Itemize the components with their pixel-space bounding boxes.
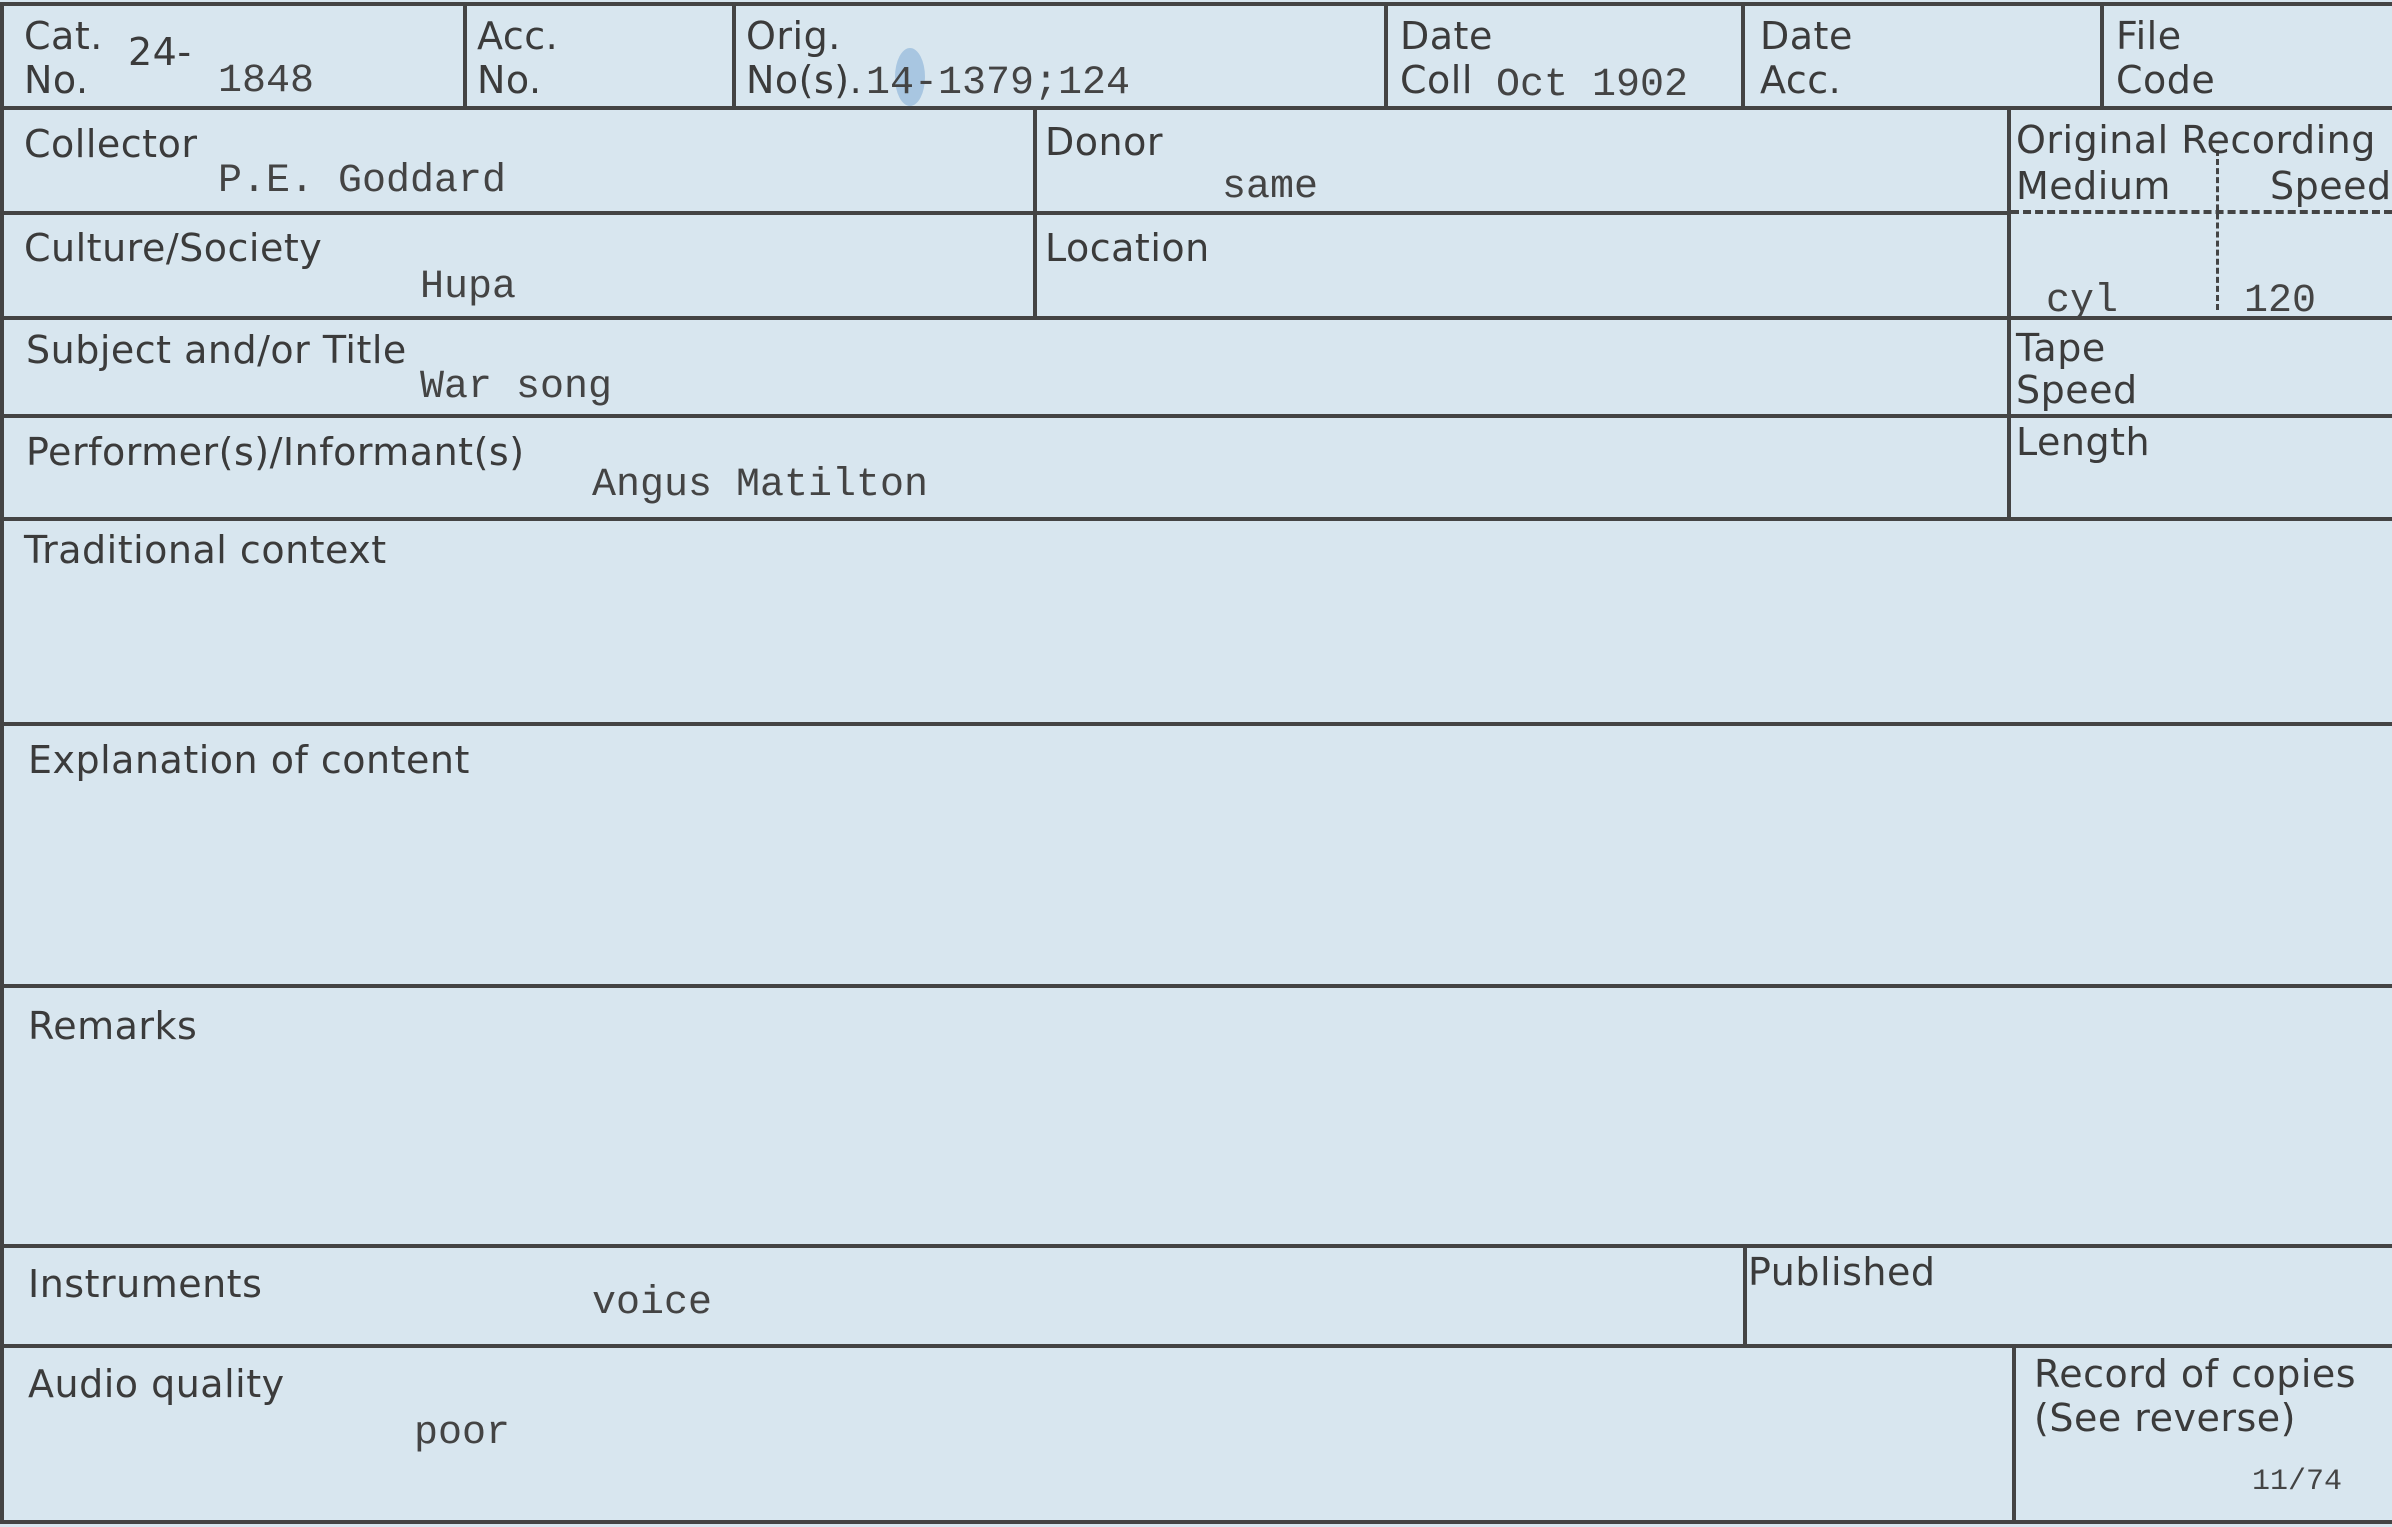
remarks-label: Remarks (28, 1004, 197, 1048)
rule-header-bottom (0, 106, 2392, 110)
donor-label: Donor (1045, 120, 1163, 164)
cat-no-value[interactable]: 1848 (218, 60, 314, 104)
form-revision-date: 11/74 (2252, 1460, 2342, 1504)
speed-value[interactable]: 120 (2244, 280, 2316, 324)
donor-value[interactable]: same (1222, 166, 1318, 210)
subject-label: Subject and/or Title (26, 328, 407, 372)
record-of-copies-label-2: (See reverse) (2034, 1396, 2296, 1440)
rule-explanation-bottom (0, 984, 2392, 988)
orig-nos-label-1: Orig. (746, 14, 841, 58)
dash-recording-divider (2011, 210, 2392, 214)
rule-culture-bottom (0, 316, 2392, 320)
original-recording-label: Original Recording (2016, 118, 2376, 162)
dash-medium-speed (2216, 150, 2219, 310)
cat-no-label-1: Cat. (24, 14, 103, 58)
audio-quality-value[interactable]: poor (414, 1412, 510, 1456)
acc-no-label-2: No. (477, 58, 542, 102)
rule-traditional-bottom (0, 722, 2392, 726)
instruments-label: Instruments (28, 1262, 262, 1306)
rule-left-edge (0, 2, 4, 1522)
record-of-copies-label-1: Record of copies (2034, 1352, 2356, 1396)
catalog-card: Cat. No. 24- 1848 Acc. No. Orig. No(s). … (0, 0, 2392, 1527)
date-acc-label-2: Acc. (1760, 58, 1841, 102)
cat-no-label-2: No. (24, 58, 89, 102)
rule-right-panel (2007, 106, 2011, 519)
tape-speed-label-2: Speed (2016, 368, 2138, 412)
rule-acc-orig (732, 2, 736, 108)
date-coll-label-2: Coll (1400, 58, 1473, 102)
orig-nos-label-2: No(s). (746, 58, 862, 102)
date-coll-value[interactable]: Oct 1902 (1496, 64, 1688, 108)
rule-orig-datecoll (1384, 2, 1388, 108)
explanation-label: Explanation of content (28, 738, 470, 782)
date-coll-label-1: Date (1400, 14, 1493, 58)
rule-audio-copies (2012, 1344, 2016, 1522)
rule-collector-donor (1033, 106, 1037, 318)
rule-dateacc-filecode (2100, 2, 2104, 108)
collector-value[interactable]: P.E. Goddard (218, 160, 506, 204)
subject-value[interactable]: War song (420, 366, 612, 410)
location-label: Location (1045, 226, 1210, 270)
traditional-context-label: Traditional context (24, 528, 387, 572)
tape-speed-label-1: Tape (2016, 326, 2106, 370)
date-acc-label-1: Date (1760, 14, 1853, 58)
acc-no-label-1: Acc. (477, 14, 558, 58)
performer-value[interactable]: Angus Matilton (592, 464, 928, 508)
published-label: Published (1748, 1250, 1935, 1294)
collector-label: Collector (24, 122, 197, 166)
file-code-label-2: Code (2116, 58, 2215, 102)
rule-collector-bottom (0, 211, 2008, 215)
rule-subject-bottom (0, 414, 2392, 418)
file-code-label-1: File (2116, 14, 2182, 58)
rule-instruments-bottom (0, 1344, 2392, 1348)
culture-value[interactable]: Hupa (420, 266, 516, 310)
rule-performer-bottom (0, 517, 2392, 521)
medium-label: Medium (2016, 164, 2171, 208)
instruments-value[interactable]: voice (592, 1282, 712, 1326)
medium-value[interactable]: cyl (2046, 280, 2118, 324)
cat-no-prefix: 24- (128, 30, 192, 74)
rule-top (0, 2, 2392, 6)
performer-label: Performer(s)/Informant(s) (26, 430, 525, 474)
rule-datecoll-dateacc (1741, 2, 1745, 108)
orig-nos-value[interactable]: 14-1379;124 (866, 62, 1130, 106)
audio-quality-label: Audio quality (28, 1362, 285, 1406)
length-label: Length (2016, 420, 2150, 464)
rule-cat-acc (463, 2, 467, 108)
rule-bottom (0, 1520, 2392, 1524)
rule-remarks-bottom (0, 1244, 2392, 1248)
culture-label: Culture/Society (24, 226, 322, 270)
rule-instruments-published (1743, 1244, 1747, 1346)
speed-label: Speed (2270, 164, 2392, 208)
